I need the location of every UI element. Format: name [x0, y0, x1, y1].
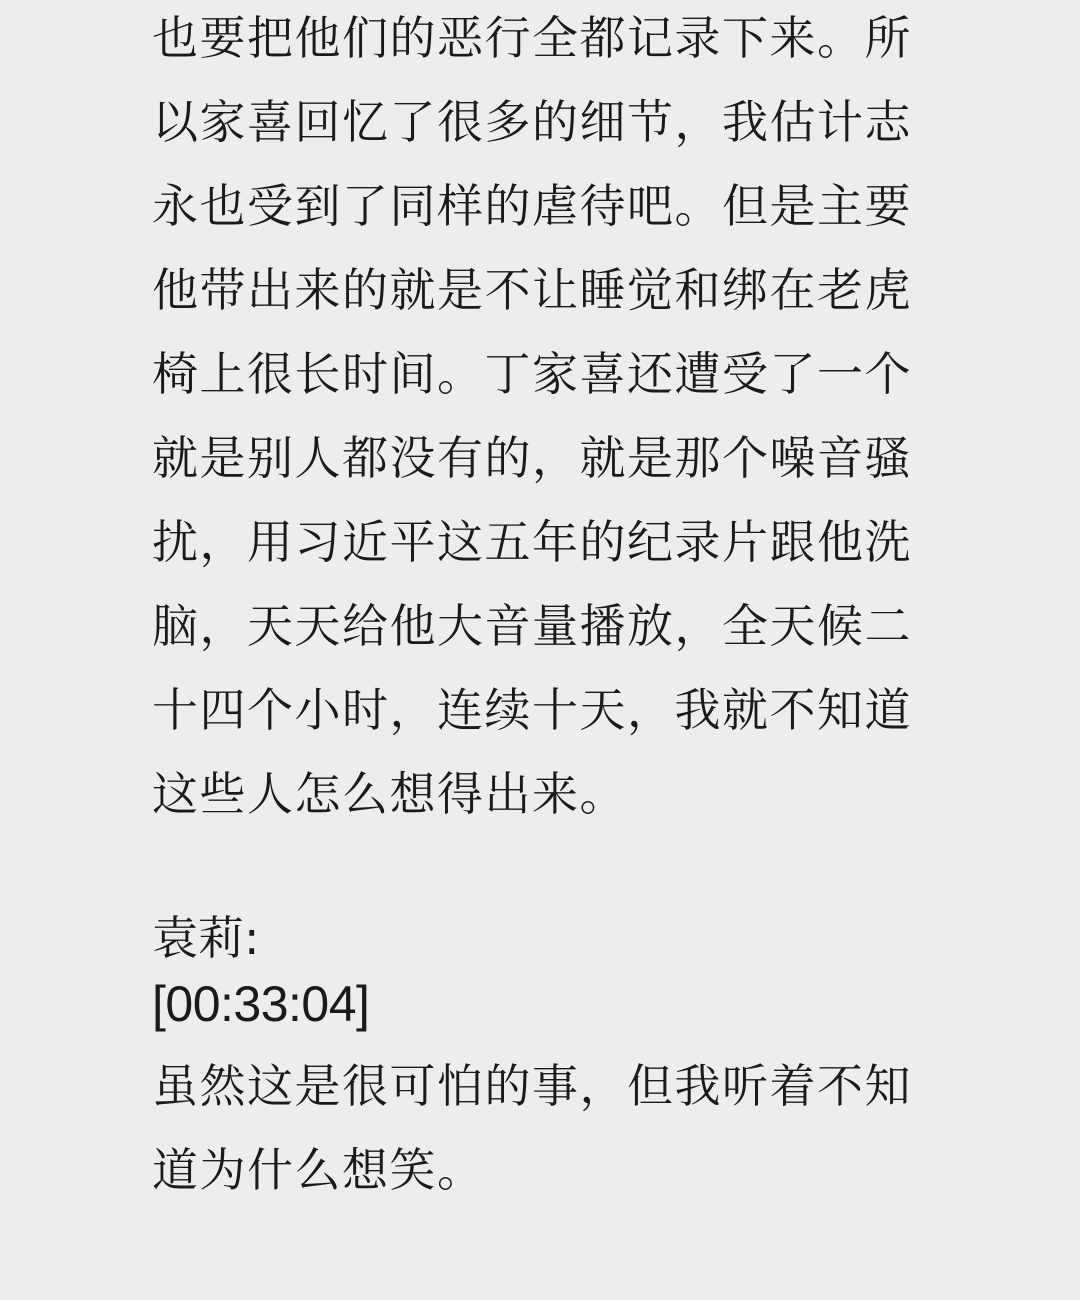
text-line: 虽然这是很可怕的事，但我听着不知: [152, 1044, 922, 1128]
text-line: 以家喜回忆了很多的细节，我估计志: [152, 80, 922, 164]
transcript-paragraph: 也要把他们的恶行全都记录下来。所 以家喜回忆了很多的细节，我估计志 永也受到了同…: [152, 0, 922, 836]
text-line: 他带出来的就是不让睡觉和绑在老虎: [152, 248, 922, 332]
transcript-entry: 袁莉: [00:33:04] 虽然这是很可怕的事，但我听着不知 道为什么想笑。: [152, 896, 922, 1212]
text-line: 扰，用习近平这五年的纪录片跟他洗: [152, 500, 922, 584]
text-line: 道为什么想笑。: [152, 1128, 922, 1212]
text-line: 也要把他们的恶行全都记录下来。所: [152, 0, 922, 80]
transcript-paragraph: 虽然这是很可怕的事，但我听着不知 道为什么想笑。: [152, 1044, 922, 1212]
timestamp: [00:33:04]: [152, 974, 922, 1034]
text-line: 椅上很长时间。丁家喜还遭受了一个: [152, 332, 922, 416]
speaker-name: 袁莉:: [152, 896, 922, 980]
text-line: 永也受到了同样的虐待吧。但是主要: [152, 164, 922, 248]
text-line: 就是别人都没有的，就是那个噪音骚: [152, 416, 922, 500]
text-line: 十四个小时，连续十天，我就不知道: [152, 668, 922, 752]
text-line: 脑，天天给他大音量播放，全天候二: [152, 584, 922, 668]
text-line: 这些人怎么想得出来。: [152, 752, 922, 836]
